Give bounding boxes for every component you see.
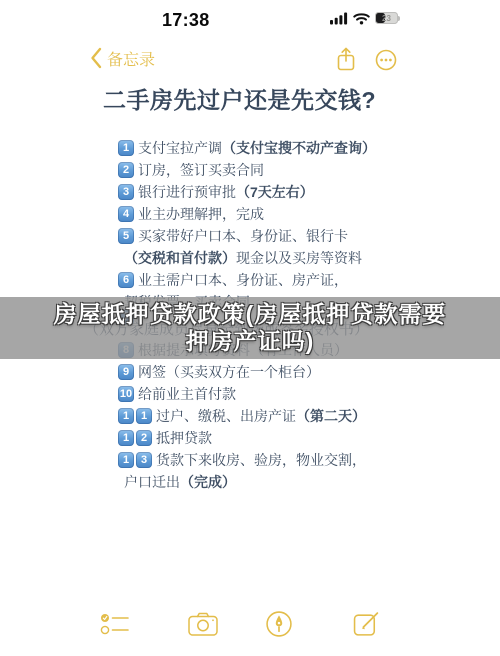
list-item: 12抵押贷款 [118, 427, 418, 449]
list-item-text: （7天左右） [236, 182, 314, 203]
list-item-text: 户口迁出 [124, 472, 180, 493]
list-item-continuation: 户口迁出（完成） [124, 471, 418, 493]
list-item: 4业主办理解押，完成 [118, 203, 418, 225]
wifi-icon [353, 12, 370, 25]
number-keycap-badge: 5 [118, 228, 134, 244]
list-item-text: 业主需户口本、身份证、房产证， [138, 270, 348, 291]
number-keycap-badge: 6 [118, 272, 134, 288]
list-item-text: 现金以及买房等资料 [236, 248, 362, 269]
number-keycap-badge: 2 [118, 162, 134, 178]
list-item-text: 订房，签订买卖合同 [138, 160, 264, 181]
list-item-text: （交税和首付款） [124, 248, 236, 269]
list-item-text: 过户、缴税、出房产证 [156, 406, 296, 427]
number-keycap-badge: 4 [118, 206, 134, 222]
list-item-text: 抵押贷款 [156, 428, 212, 449]
number-keycap-badge: 3 [118, 184, 134, 200]
list-item: 1支付宝拉产调（支付宝搜不动产查询） [118, 137, 418, 159]
list-item-text: 网签（买卖双方在一个柜台） [138, 362, 320, 383]
markup-pen-icon[interactable] [264, 610, 294, 638]
list-item-text: （完成） [180, 472, 236, 493]
back-button[interactable]: 备忘录 [90, 46, 155, 70]
battery-percent: 23 [375, 14, 398, 23]
number-keycap-badge: 1 [118, 430, 134, 446]
number-keycap-badge: 1 [118, 452, 134, 468]
status-icons: 23 [330, 12, 402, 25]
battery-icon: 23 [375, 12, 402, 25]
number-keycap-badge: 3 [136, 452, 152, 468]
list-item-text: 货款下来收房、验房，物业交割， [156, 450, 366, 471]
watermark-line-2: 押房产证吗) [186, 328, 315, 355]
number-keycap-badge: 10 [118, 386, 134, 402]
list-item: 5买家带好户口本、身份证、银行卡 [118, 225, 418, 247]
list-item-text: （第二天） [296, 406, 366, 427]
share-icon[interactable] [335, 46, 357, 73]
list-item: 11过户、缴税、出房产证（第二天） [118, 405, 418, 427]
list-item: 3银行进行预审批（7天左右） [118, 181, 418, 203]
list-item: 9网签（买卖双方在一个柜台） [118, 361, 418, 383]
more-ellipsis-icon[interactable] [374, 48, 398, 72]
number-keycap-badge: 2 [136, 430, 152, 446]
list-item: 13货款下来收房、验房，物业交割， [118, 449, 418, 471]
compose-icon[interactable] [352, 610, 382, 638]
camera-icon[interactable] [188, 610, 218, 638]
cellular-signal-icon [330, 12, 348, 25]
list-item-text: 给前业主首付款 [138, 384, 236, 405]
list-item-text: （支付宝搜不动产查询） [222, 138, 376, 159]
number-keycap-badge: 1 [136, 408, 152, 424]
number-keycap-badge: 1 [118, 408, 134, 424]
nav-bar: 备忘录 [88, 46, 412, 76]
back-chevron-icon [90, 46, 102, 70]
list-item: 6业主需户口本、身份证、房产证， [118, 269, 418, 291]
checklist-icon[interactable] [100, 610, 130, 638]
list-item-text: 银行进行预审批 [138, 182, 236, 203]
list-item-text: 业主办理解押，完成 [138, 204, 264, 225]
watermark-line-1: 房屋抵押贷款政策(房屋抵押贷款需要 [54, 301, 447, 328]
list-item: 10给前业主首付款 [118, 383, 418, 405]
list-item-text: 买家带好户口本、身份证、银行卡 [138, 226, 348, 247]
status-time: 17:38 [162, 10, 210, 31]
list-item: 2订房，签订买卖合同 [118, 159, 418, 181]
list-item-text: 支付宝拉产调 [138, 138, 222, 159]
list-item-continuation: （交税和首付款）现金以及买房等资料 [124, 247, 418, 269]
status-bar: 17:38 23 [88, 8, 412, 34]
back-button-label: 备忘录 [107, 47, 155, 70]
number-keycap-badge: 9 [118, 364, 134, 380]
bottom-toolbar [88, 610, 412, 642]
watermark-overlay: 房屋抵押贷款政策(房屋抵押贷款需要 押房产证吗) [0, 297, 500, 359]
number-keycap-badge: 1 [118, 140, 134, 156]
note-title: 二手房先过户还是先交钱? [103, 82, 376, 115]
